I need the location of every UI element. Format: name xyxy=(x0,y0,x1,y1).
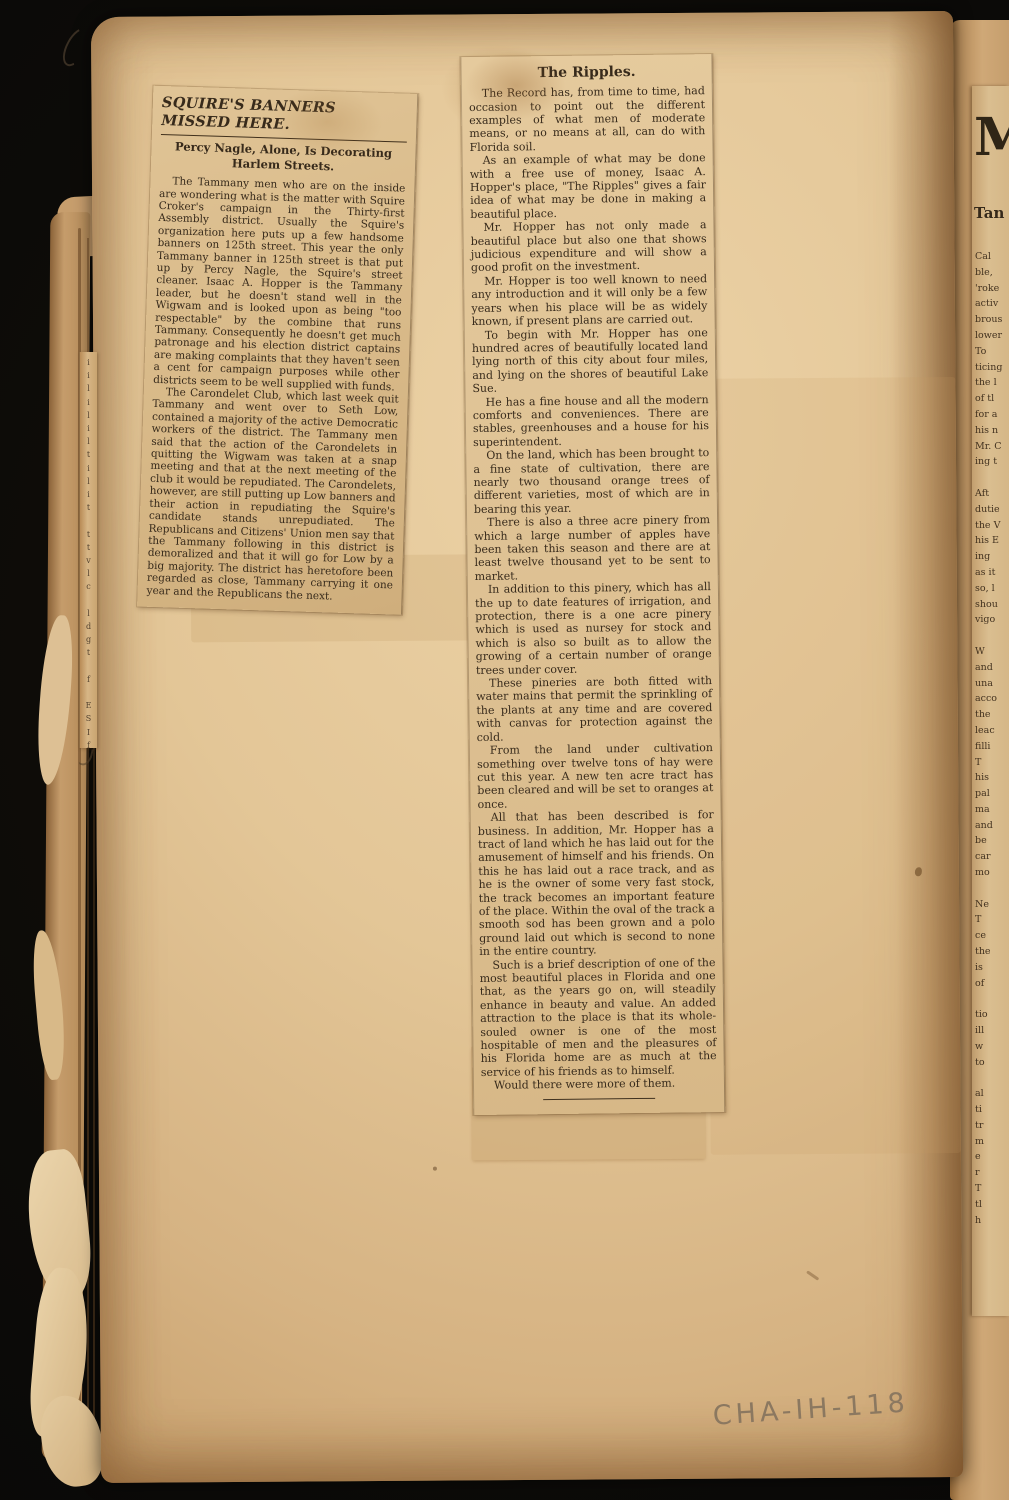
left-strip-text-fragments: i i l i l i l t i l i t t t v l c l d g … xyxy=(80,356,97,748)
left-clipping-subhead: Percy Nagle, Alone, Is Decorating Harlem… xyxy=(166,139,401,176)
left-clipping-paragraph: The Tammany men who are on the inside ar… xyxy=(153,175,406,394)
right-partial-clipping: MI Tan Cal ble, 'roke activ brous lower … xyxy=(972,86,1009,1316)
center-clipping-paragraph: Would there were more of them. xyxy=(481,1076,717,1092)
left-strip-clipping: i i l i l i l t i l i t t t v l c l d g … xyxy=(79,352,97,748)
right-clipping-text-fragments: Cal ble, 'roke activ brous lower To tici… xyxy=(975,249,1009,1228)
center-clipping-paragraph: He has a fine house and all the modern c… xyxy=(473,393,710,450)
center-clipping-paragraph: From the land under cultivation somethin… xyxy=(477,741,714,811)
center-clipping-paragraph: In addition to this pinery, which has al… xyxy=(475,580,712,677)
center-clipping-headline: The Ripples. xyxy=(469,62,705,83)
center-clipping-paragraph: Mr. Hopper is too well known to need any… xyxy=(471,272,708,329)
left-clipping-headline: SQUIRE'S BANNERS MISSED HERE. xyxy=(161,94,408,143)
photo-backdrop: MI Tan Cal ble, 'roke activ brous lower … xyxy=(0,0,1009,1500)
center-clipping-paragraph: The Record has, from time to time, had o… xyxy=(469,84,706,154)
center-clipping-paragraph: Mr. Hopper has not only made a beautiful… xyxy=(470,218,707,275)
center-clipping-paragraph: Such is a brief description of one of th… xyxy=(479,956,716,1080)
left-clipping: SQUIRE'S BANNERS MISSED HERE. Percy Nagl… xyxy=(137,86,418,615)
left-clipping-paragraph: The Carondelet Club, which last week qui… xyxy=(146,386,399,605)
page-curl-shadow xyxy=(889,11,963,1477)
center-clipping-paragraph: On the land, which has been brought to a… xyxy=(473,446,710,516)
center-clipping-paragraph: All that has been described is for busin… xyxy=(478,808,716,958)
center-clipping-paragraph: There is also a three acre pinery from w… xyxy=(474,513,711,583)
center-clipping-paragraph: As an example of what may be done with a… xyxy=(470,151,707,221)
right-clipping-subhead-fragment: Tan xyxy=(974,206,1009,221)
center-clipping-paragraph: To begin with Mr. Hopper has one hundred… xyxy=(472,326,709,396)
center-clipping-paragraph: These pineries are both fitted with wate… xyxy=(476,674,713,744)
paper-speck xyxy=(433,1167,437,1171)
right-clipping-headline-fragment: MI xyxy=(974,112,1009,164)
center-clipping: The Ripples. The Record has, from time t… xyxy=(460,54,725,1115)
torn-paper-piece xyxy=(35,1391,109,1491)
pencil-dash-mark xyxy=(806,1270,819,1280)
catalog-number: CHA-IH-118 xyxy=(712,1387,910,1431)
article-end-rule xyxy=(543,1097,655,1099)
scrapbook-page: SQUIRE'S BANNERS MISSED HERE. Percy Nagl… xyxy=(91,11,963,1483)
